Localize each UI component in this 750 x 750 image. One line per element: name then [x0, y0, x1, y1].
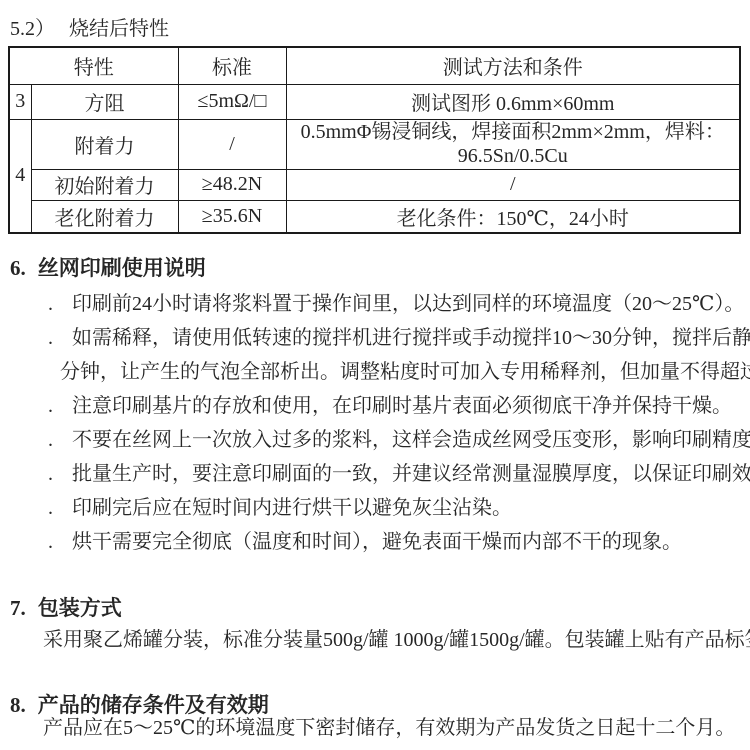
row4-adhesion-method-line1: 0.5mmΦ锡浸铜线，焊接面积2mm×2mm，焊料：	[289, 120, 738, 144]
bullet-line: .印刷完后应在短时间内进行烘干以避免灰尘沾染。	[0, 491, 750, 525]
section-5-2-number: 5.2）	[10, 18, 55, 40]
row4-adhesion-method: 0.5mmΦ锡浸铜线，焊接面积2mm×2mm，焊料： 96.5Sn/0.5Cu	[286, 119, 740, 169]
bullet-text: 批量生产时，要注意印刷面的一致，并建议经常测量湿膜厚度，以保证印刷效果。	[72, 463, 750, 485]
row4-number: 4	[9, 119, 31, 233]
table-row-4-aged-adhesion: 老化附着力 ≥35.6N 老化条件：150℃，24小时	[9, 200, 740, 233]
bullet-line: .烘干需要完全彻底（温度和时间），避免表面干燥而内部不干的现象。	[0, 525, 750, 559]
table-row-4-adhesion: 4 附着力 / 0.5mmΦ锡浸铜线，焊接面积2mm×2mm，焊料： 96.5S…	[9, 119, 740, 169]
bullet-line: .批量生产时，要注意印刷面的一致，并建议经常测量湿膜厚度，以保证印刷效果。	[0, 457, 750, 491]
bullet-text: 分钟，让产生的气泡全部析出。调整粘度时可加入专用稀释剂，但加量不得超过2%。	[60, 361, 750, 383]
bullet-line: .注意印刷基片的存放和使用，在印刷时基片表面必须彻底干净并保持干燥。	[0, 389, 750, 423]
header-characteristic: 特性	[9, 47, 178, 84]
row4-adhesion-name: 附着力	[31, 119, 178, 169]
section-6-heading: 6.丝网印刷使用说明	[10, 252, 206, 282]
row4-adhesion-standard: /	[178, 119, 286, 169]
section-7-heading: 7.包装方式	[10, 592, 122, 622]
row4-initial-name: 初始附着力	[31, 169, 178, 200]
bullet-text: 烘干需要完全彻底（温度和时间），避免表面干燥而内部不干的现象。	[72, 531, 682, 553]
bullet-line: .如需稀释，请使用低转速的搅拌机进行搅拌或手动搅拌10～30分钟，搅拌后静置30	[0, 321, 750, 355]
row3-method: 测试图形 0.6mm×60mm	[286, 84, 740, 119]
section-7-body: 采用聚乙烯罐分装，标准分装量500g/罐 1000g/罐1500g/罐。包装罐上…	[43, 623, 750, 652]
row4-adhesion-method-line2: 96.5Sn/0.5Cu	[289, 144, 738, 168]
bullet-text: 如需稀释，请使用低转速的搅拌机进行搅拌或手动搅拌10～30分钟，搅拌后静置30	[72, 327, 750, 349]
bullet-dot: .	[48, 491, 72, 525]
bullet-text: 不要在丝网上一次放入过多的浆料，这样会造成丝网受压变形，影响印刷精度。	[72, 429, 750, 451]
bullet-text: 印刷完后应在短时间内进行烘干以避免灰尘沾染。	[72, 497, 512, 519]
row4-aged-name: 老化附着力	[31, 200, 178, 233]
row3-standard: ≤5mΩ/□	[178, 84, 286, 119]
section-6-title: 丝网印刷使用说明	[38, 256, 206, 280]
sintered-characteristics-table: 特性 标准 测试方法和条件 3 方阻 ≤5mΩ/□ 测试图形 0.6mm×60m…	[8, 46, 741, 234]
bullet-text: 印刷前24小时请将浆料置于操作间里，以达到同样的环境温度（20～25℃）。	[72, 293, 744, 315]
row4-initial-method: /	[286, 169, 740, 200]
bullet-dot: .	[48, 321, 72, 355]
row3-number: 3	[9, 84, 31, 119]
bullet-dot: .	[48, 389, 72, 423]
row4-aged-standard: ≥35.6N	[178, 200, 286, 233]
row4-initial-standard: ≥48.2N	[178, 169, 286, 200]
bullet-dot: .	[48, 457, 72, 491]
header-standard: 标准	[178, 47, 286, 84]
bullet-line: .不要在丝网上一次放入过多的浆料，这样会造成丝网受压变形，影响印刷精度。	[0, 423, 750, 457]
header-method: 测试方法和条件	[286, 47, 740, 84]
section-8-body: 产品应在5～25℃的环境温度下密封储存，有效期为产品发货之日起十二个月。	[43, 711, 735, 740]
section-6-number: 6.	[10, 256, 26, 280]
section-6-bullet-list: .印刷前24小时请将浆料置于操作间里，以达到同样的环境温度（20～25℃）。 .…	[0, 287, 750, 559]
section-7-number: 7.	[10, 596, 26, 620]
row3-name: 方阻	[31, 84, 178, 119]
bullet-dot: .	[48, 423, 72, 457]
bullet-text: 注意印刷基片的存放和使用，在印刷时基片表面必须彻底干净并保持干燥。	[72, 395, 732, 417]
section-5-2-heading: 5.2）烧结后特性	[10, 12, 169, 41]
bullet-dot: .	[48, 525, 72, 559]
table-row-4-initial-adhesion: 初始附着力 ≥48.2N /	[9, 169, 740, 200]
bullet-line: .印刷前24小时请将浆料置于操作间里，以达到同样的环境温度（20～25℃）。	[0, 287, 750, 321]
section-8-number: 8.	[10, 693, 26, 717]
bullet-dot: .	[48, 287, 72, 321]
document-page: 5.2）烧结后特性 特性 标准 测试方法和条件 3 方阻 ≤5mΩ/□ 测试图形…	[0, 0, 750, 750]
section-5-2-title: 烧结后特性	[69, 18, 169, 40]
section-7-title: 包装方式	[38, 596, 122, 620]
table-row-3: 3 方阻 ≤5mΩ/□ 测试图形 0.6mm×60mm	[9, 84, 740, 119]
table-header-row: 特性 标准 测试方法和条件	[9, 47, 740, 84]
row4-aged-method: 老化条件：150℃，24小时	[286, 200, 740, 233]
bullet-line-continuation: 分钟，让产生的气泡全部析出。调整粘度时可加入专用稀释剂，但加量不得超过2%。	[0, 355, 750, 389]
